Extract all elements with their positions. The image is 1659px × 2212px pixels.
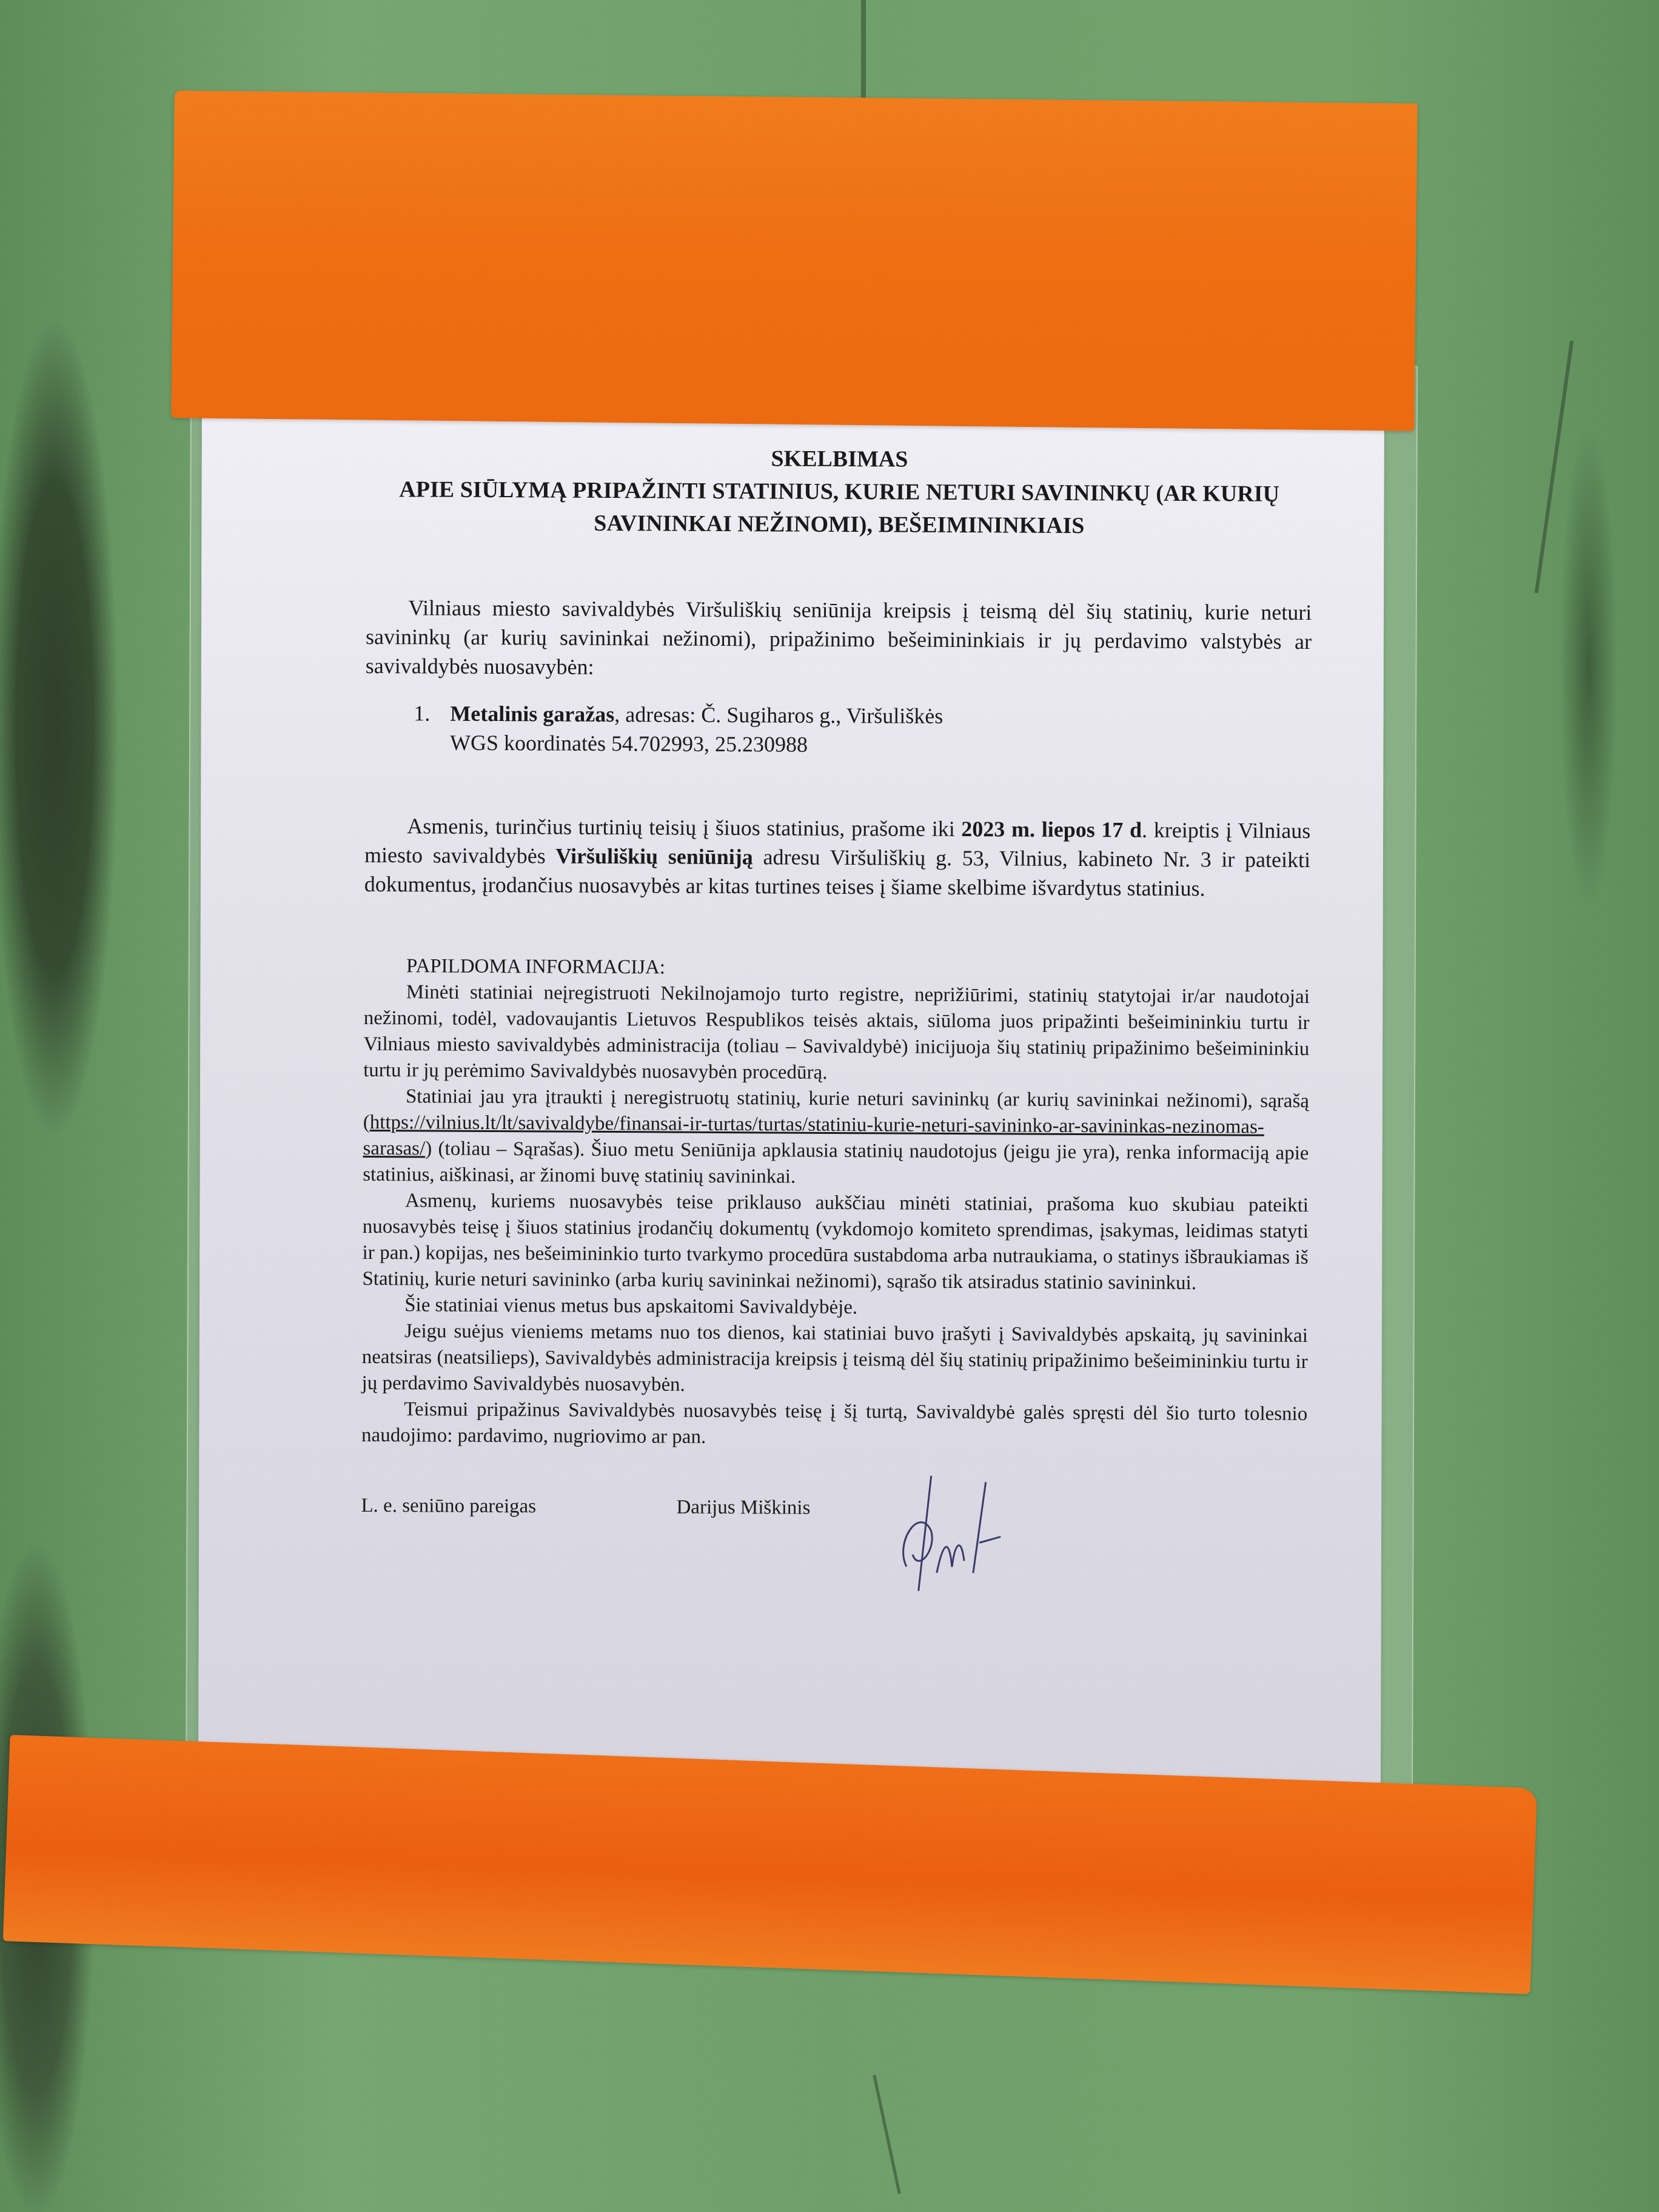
signature-block: L. e. seniūno pareigas Darijus Miškinis xyxy=(361,1491,1307,1525)
additional-info-section: PAPILDOMA INFORMACIJA: Minėti statiniai … xyxy=(361,953,1310,1453)
item-number: 1. xyxy=(414,699,451,757)
list-item: 1. Metalinis garažas, adresas: Č. Sugiha… xyxy=(414,699,1311,762)
item-address: , adresas: Č. Sugiharos g., Viršuliškės xyxy=(614,702,943,728)
orange-tape-top xyxy=(171,90,1418,431)
deadline-date: 2023 m. liepos 17 d xyxy=(961,817,1142,842)
notice-document: SKELBIMAS APIE SIŪLYMĄ PRIPAŽINTI STATIN… xyxy=(361,440,1312,1525)
notice-subtitle-line1: APIE SIŪLYMĄ PRIPAŽINTI STATINIUS, KURIE… xyxy=(366,473,1312,511)
request-paragraph: Asmenis, turinčius turtinių teisių į šiu… xyxy=(364,811,1311,903)
additional-p5: Jeigu suėjus vieniems metams nuo tos die… xyxy=(361,1318,1308,1401)
additional-p3: Asmenų, kuriems nuosavybės teise priklau… xyxy=(362,1188,1309,1297)
additional-p6: Teismui pripažinus Savivaldybės nuosavyb… xyxy=(361,1396,1307,1453)
additional-p2: Statiniai jau yra įtraukti į neregistruo… xyxy=(363,1084,1309,1193)
office-name: Viršuliškių seniūniją xyxy=(555,844,753,870)
wall-crack xyxy=(873,2075,900,2194)
structure-list: 1. Metalinis garažas, adresas: Č. Sugiha… xyxy=(414,699,1311,762)
request-text: Asmenis, turinčius turtinių teisių į šiu… xyxy=(407,814,961,841)
item-name: Metalinis garažas xyxy=(450,702,614,726)
handwritten-signature-icon xyxy=(894,1470,1028,1604)
notice-title: SKELBIMAS xyxy=(366,440,1312,478)
additional-p2-text: ) (toliau – Sąrašas). Šiuo metu Seniūnij… xyxy=(363,1138,1309,1187)
additional-p1: Minėti statiniai neįregistruoti Nekilnoj… xyxy=(363,979,1310,1088)
wall-crack xyxy=(1535,341,1574,594)
intro-paragraph: Vilniaus miesto savivaldybės Viršuliškių… xyxy=(366,593,1312,685)
signer-name: Darijus Miškinis xyxy=(676,1493,810,1523)
signer-role: L. e. seniūno pareigas xyxy=(361,1491,676,1522)
notice-subtitle-line2: SAVININKAI NEŽINOMI), BEŠEIMININKIAIS xyxy=(366,506,1312,543)
item-coordinates: WGS koordinatės 54.702993, 25.230988 xyxy=(450,728,943,760)
